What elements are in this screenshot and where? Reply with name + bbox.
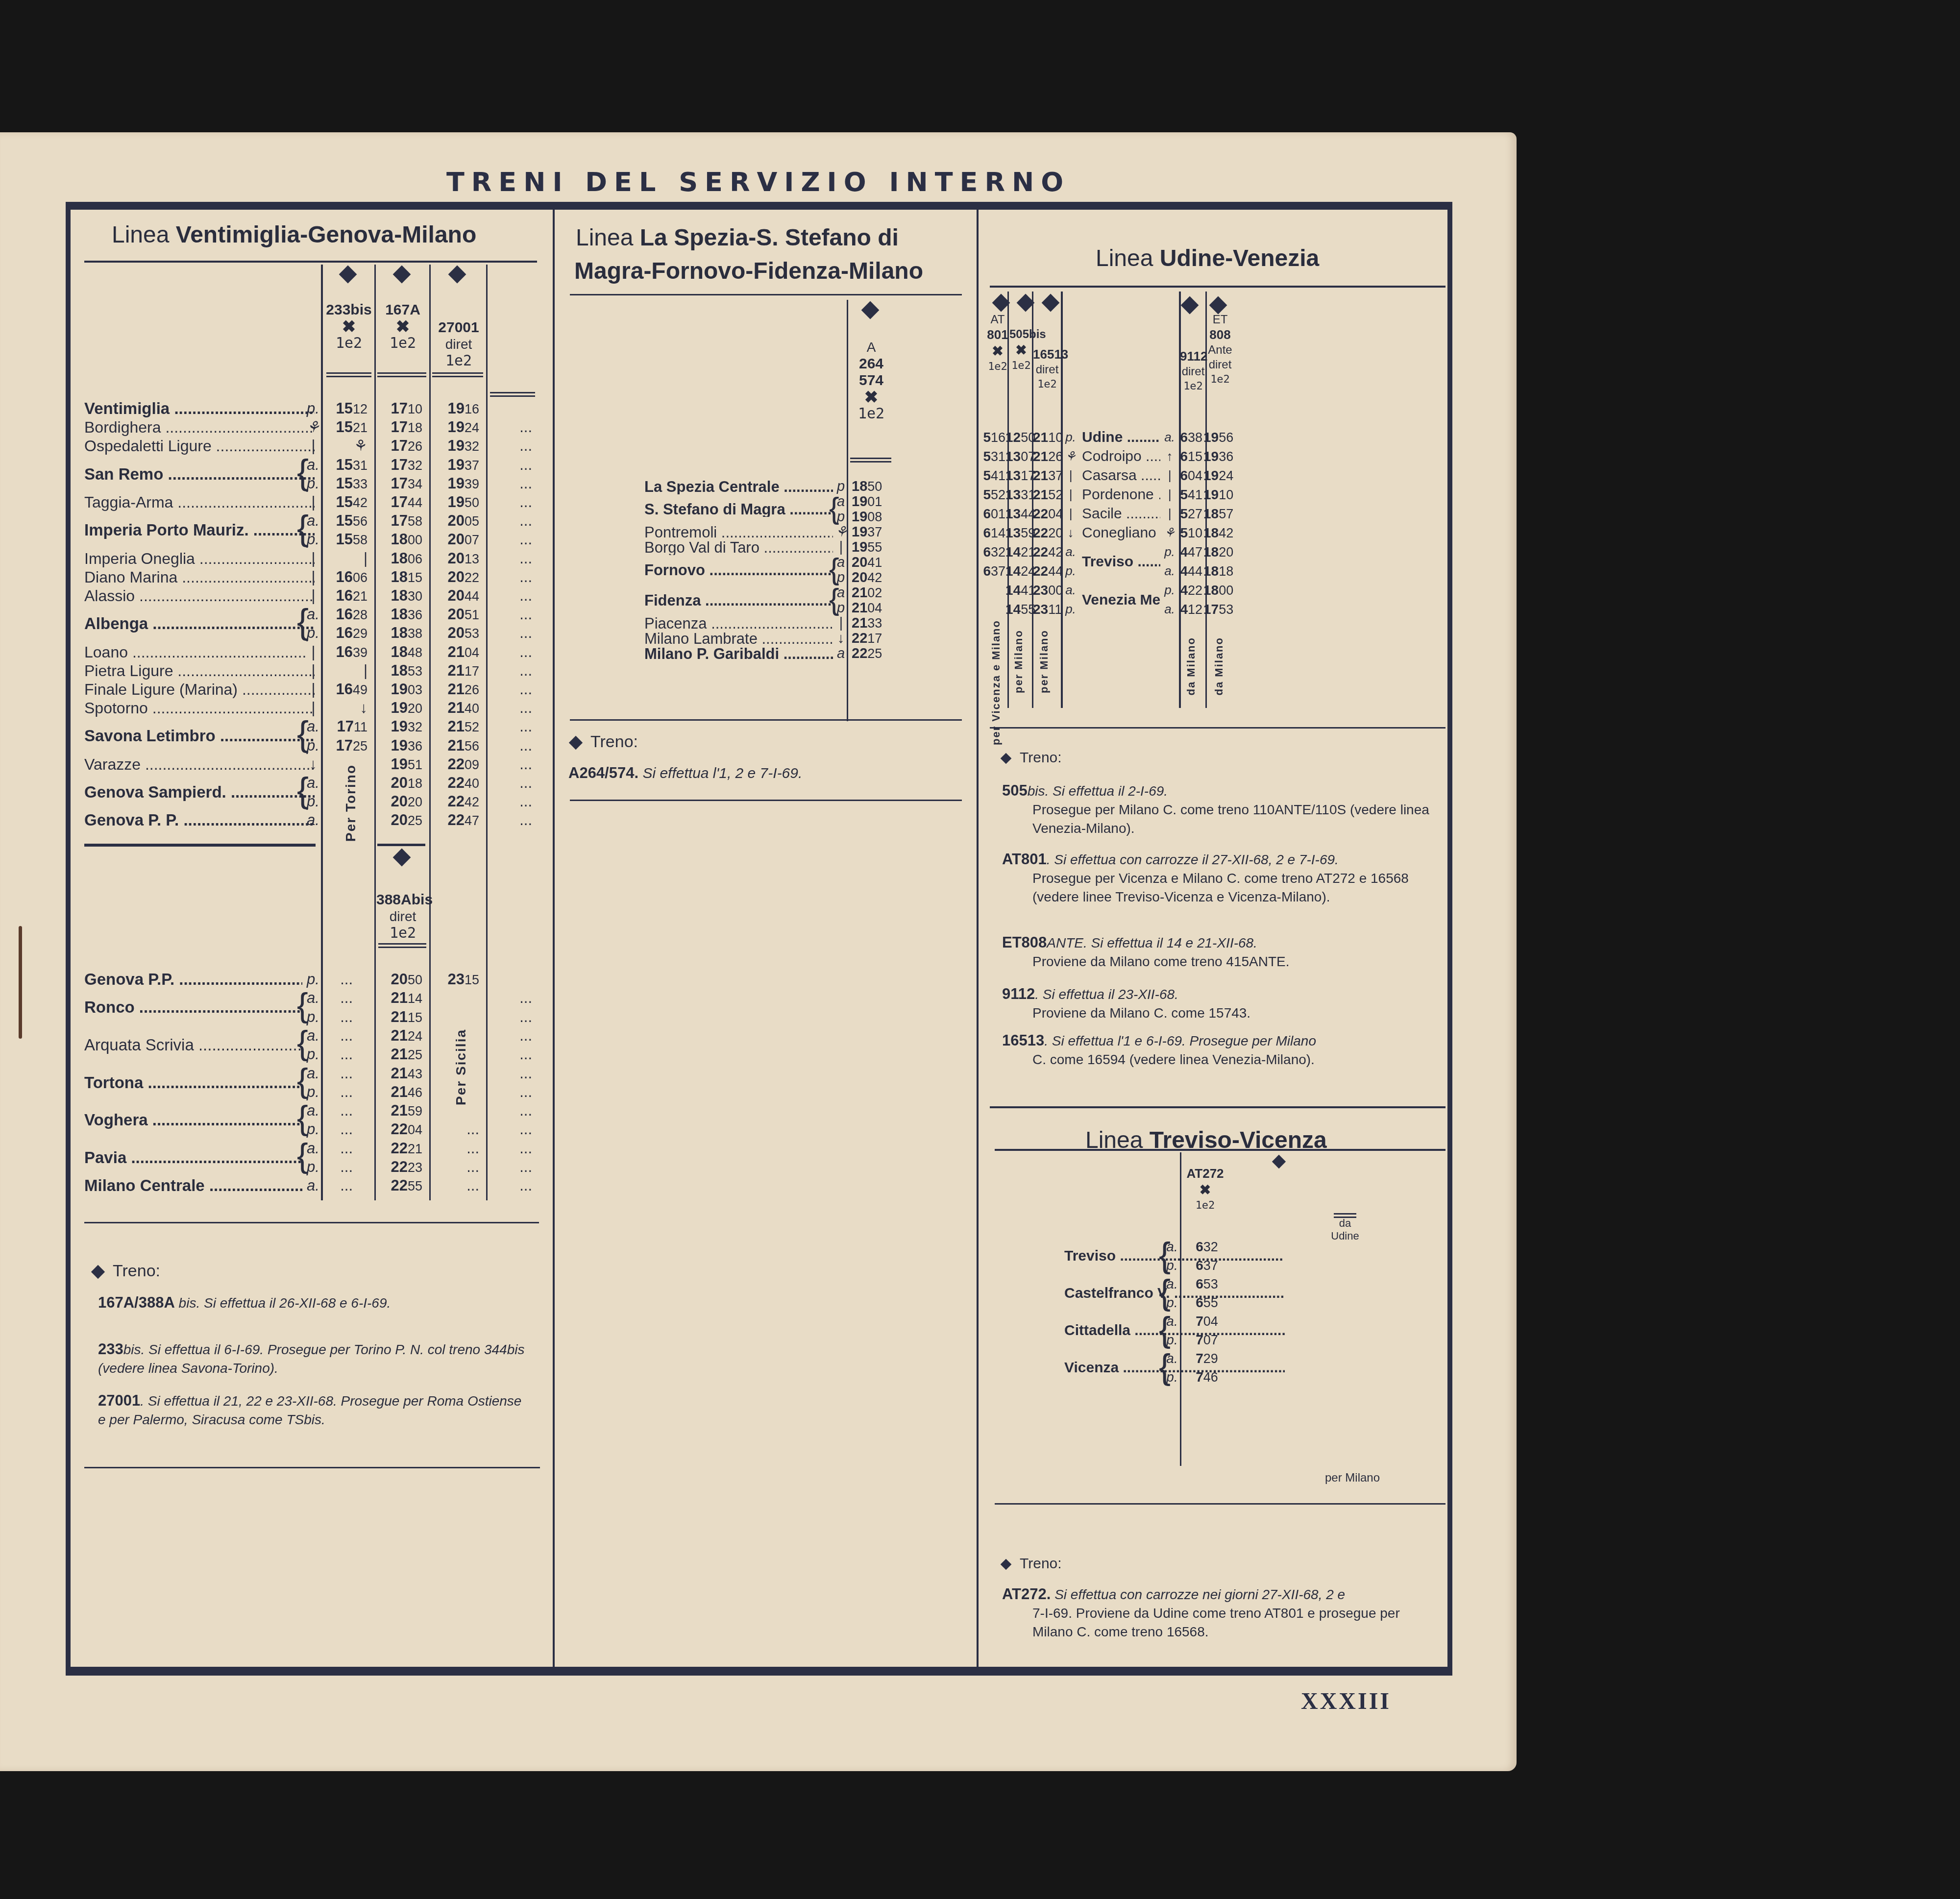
time-cell: 2114 (373, 989, 422, 1008)
crossed-cutlery-icon: ✖ (1009, 342, 1033, 359)
arrival-departure-mark: a. (1162, 561, 1177, 581)
section-title-line2: Magra-Fornovo-Fidenza-Milano (574, 258, 923, 285)
note-suffix: . (1035, 987, 1039, 1002)
time-cell: ... (304, 1045, 353, 1064)
train-header-AT272: AT272 ✖ 1e2 (1182, 1166, 1228, 1213)
notes-heading: Treno: (1002, 750, 1062, 766)
table-row: 54113172137|Casarsa ....................… (0, 466, 1274, 485)
table-row: 63214212242a.Treviso ...................… (0, 542, 1274, 561)
time-cell: 516 (981, 428, 1005, 447)
arrival-departure-mark: p. (1165, 1368, 1179, 1387)
time-cell: ... (483, 1083, 532, 1101)
station-name: Spotorno ...............................… (84, 699, 315, 717)
note: 9112. Si effettua il 23-XII-68.Proviene … (1002, 985, 1443, 1023)
train-header-505bis: 505bis ✖ 1e2 (1009, 327, 1033, 373)
table-row: p.746 (0, 1368, 1421, 1387)
arrival-departure-mark: | (1162, 466, 1177, 485)
time-cell: 2221 (373, 1139, 422, 1158)
arrival-departure-mark: p. (1165, 1293, 1179, 1312)
note-continuation: C. come 16594 (vedere linea Venezia-Mila… (1002, 1050, 1443, 1069)
time-cell: 604 (1177, 466, 1202, 486)
arrival-departure-mark: p. (1165, 1331, 1179, 1349)
station-name: Casarsa .................... (1082, 466, 1160, 485)
destination-label: Per Sicilia (453, 1029, 469, 1105)
time-cell: 2223 (373, 1158, 422, 1177)
table-row: 60113442204|Sacile ....................|… (0, 504, 1274, 523)
train-header-9112: 9112 diret 1e2 (1180, 349, 1206, 394)
time-cell: ... (483, 989, 532, 1007)
note-train-id: AT801 (1002, 851, 1047, 868)
time-cell: ... (483, 661, 532, 680)
time-cell: ... (483, 1045, 532, 1064)
page-number: XXXIII (1301, 1688, 1391, 1715)
time-cell: 614 (981, 523, 1005, 543)
time-cell: 655 (1185, 1293, 1229, 1312)
arrival-departure-mark: ⚘ (1162, 523, 1177, 542)
arrival-departure-mark: | (1162, 504, 1177, 523)
arrival-departure-mark: a (835, 646, 847, 661)
table-row: Cittadella .............................… (0, 1312, 1421, 1331)
note-continuation: Proviene da Milano C. come 15743. (1002, 1004, 1443, 1023)
time-cell: 1317 (1005, 466, 1030, 486)
table-row: Genova P.P. ............................… (0, 970, 539, 989)
time-cell: ... (483, 811, 532, 829)
arrival-departure-mark: | (1063, 466, 1078, 485)
origin-label: da Milano (1213, 637, 1225, 695)
time-cell: 1307 (1005, 447, 1030, 466)
time-cell: 1344 (1005, 504, 1030, 524)
crossed-cutlery-icon: ✖ (376, 318, 429, 335)
time-cell: ... (304, 1083, 353, 1101)
arrival-departure-mark: p. (1165, 1256, 1179, 1275)
arrival-departure-mark: p. (306, 792, 320, 811)
time-cell: 632 (981, 542, 1005, 562)
time-cell: 1800 (1203, 581, 1229, 600)
note-train-id: 27001 (98, 1392, 140, 1409)
table-row: Savona Letimbro ........................… (0, 717, 539, 736)
double-rule (490, 392, 535, 397)
arrival-departure-mark: | (1063, 485, 1078, 504)
time-cell: 2255 (373, 1176, 422, 1195)
table-row: Milano Lambrate ........................… (0, 631, 931, 646)
table-row: Genova P. P. ...........................… (0, 811, 539, 829)
time-cell: 2025 (373, 811, 422, 830)
time-cell: ... (304, 989, 353, 1007)
time-cell: 1725 (318, 736, 367, 755)
table-row: 51612502110p.Udine ....................a… (0, 428, 1274, 447)
station-name: Finale Ligure (Marina) .................… (84, 680, 315, 699)
note: AT272. Si effettua con carrozze nei gior… (1002, 1585, 1443, 1641)
time-cell: 653 (1185, 1275, 1229, 1293)
table-row: 53113072126⚘Codroipo ...................… (0, 447, 1274, 466)
table-row: Pietra Ligure ..........................… (0, 661, 539, 680)
time-cell: 2143 (373, 1064, 422, 1083)
time-cell: 2209 (430, 755, 479, 774)
double-rule (377, 372, 426, 377)
time-cell: ... (483, 1139, 532, 1158)
crossed-cutlery-icon: ✖ (987, 343, 1008, 360)
divider (377, 844, 425, 846)
note-suffix: ANTE. (1047, 935, 1087, 950)
table-row: p.655 (0, 1293, 1421, 1312)
time-cell: ... (430, 1158, 479, 1176)
table-row: Milano Centrale ........................… (0, 1176, 539, 1195)
destination-label: per Milano (1038, 630, 1051, 693)
time-cell: ... (483, 736, 532, 755)
divider (84, 261, 537, 263)
table-row: p.172519362156... (0, 736, 539, 755)
time-cell: 2220 (1033, 523, 1057, 543)
time-cell: 2204 (373, 1120, 422, 1139)
time-cell: 1857 (1203, 504, 1229, 524)
divider (84, 1222, 539, 1223)
time-cell: 1936 (1203, 447, 1229, 466)
time-cell: 2311 (1033, 600, 1057, 619)
note-suffix: . (1047, 852, 1051, 867)
table-row: Genova Sampierd. .......................… (0, 774, 539, 792)
time-cell: 1916 (430, 399, 479, 418)
time-cell: 527 (1177, 504, 1202, 524)
time-cell: 2225 (852, 646, 892, 661)
time-cell: 2124 (373, 1026, 422, 1046)
time-cell: ... (483, 1158, 532, 1176)
note-train-id: 9112 (1002, 985, 1035, 1002)
note: 27001. Si effettua il 21, 22 e 23-XII-68… (98, 1391, 529, 1429)
time-cell: 541 (1177, 485, 1202, 505)
time-cell: 637 (1185, 1256, 1229, 1275)
arrival-departure-mark: a. (306, 811, 320, 829)
note-continuation: Prosegue per Milano C. come treno 110ANT… (1002, 801, 1443, 838)
divider (990, 286, 1445, 288)
note-suffix: . (1044, 1033, 1048, 1048)
note-text: Si effettua il 23-XII-68. (1043, 987, 1178, 1002)
station-name: Pietra Ligure ..........................… (84, 661, 315, 680)
divider (995, 1149, 1445, 1151)
time-cell: ... (430, 1120, 479, 1139)
table-row: 14552311p.a.4121753 (0, 600, 1274, 619)
divider (995, 1503, 1445, 1505)
time-cell: 2204 (1033, 504, 1057, 524)
time-cell: 704 (1185, 1312, 1229, 1331)
destination-label: Per Torino (343, 764, 359, 842)
time-cell: 707 (1185, 1331, 1229, 1349)
origin-label: da Milano (1185, 637, 1198, 695)
table-row: Finale Ligure (Marina) .................… (0, 680, 539, 699)
note-text: Si effettua il 2-I-69. (1053, 783, 1168, 799)
arrival-departure-mark: a. (306, 774, 320, 792)
arrival-departure-mark: a. (1165, 1275, 1179, 1293)
note: A264/574. Si effettua l'1, 2 e 7-I-69. (568, 763, 960, 783)
time-cell: 2244 (1033, 561, 1057, 581)
time-cell: 531 (981, 447, 1005, 466)
time-cell: 1250 (1005, 428, 1030, 447)
time-cell: 2152 (1033, 485, 1057, 505)
time-cell: 2300 (1033, 581, 1057, 600)
destination-label: per Milano (1012, 630, 1025, 693)
table-row: Milano P. Garibaldi ....................… (0, 646, 931, 661)
time-cell: 1710 (373, 399, 422, 418)
table-row: 63714242244p.a.4441818 (0, 561, 1274, 581)
time-cell: 1649 (318, 680, 367, 699)
time-cell: 1424 (1005, 561, 1030, 581)
arrival-departure-mark: p. (1162, 581, 1177, 600)
table-row: Ronco ..................................… (0, 989, 539, 1007)
note: 16513. Si effettua l'1 e 6-I-69. Prosegu… (1002, 1031, 1443, 1069)
time-cell: 2315 (430, 970, 479, 989)
train-header-ET808: ET 808 Ante diret 1e2 (1206, 313, 1234, 387)
arrival-departure-mark: a. (1165, 1312, 1179, 1331)
station-name: Ventimiglia ............................… (84, 399, 315, 418)
time-cell: 2117 (430, 661, 479, 681)
note-continuation: Prosegue per Vicenza e Milano C. come tr… (1002, 869, 1443, 906)
table-row: 14412300a.Venezia Mestre ...............… (0, 581, 1274, 600)
table-row: Spotorno ...............................… (0, 699, 539, 717)
note-train-id: 505 (1002, 782, 1028, 799)
notes-heading: Treno: (571, 732, 638, 752)
time-cell: 2242 (1033, 542, 1057, 562)
time-cell: 2156 (430, 736, 479, 755)
time-cell: 2242 (430, 792, 479, 811)
crossed-cutlery-icon: ✖ (1182, 1182, 1228, 1198)
time-cell: 2240 (430, 774, 479, 793)
table-row: Treviso ................................… (0, 1238, 1421, 1256)
time-cell: ... (483, 680, 532, 699)
train-header-233bis: 233bis ✖ 1e2 (323, 302, 374, 352)
note-text: Si effettua l'1 e 6-I-69. Prosegue per M… (1052, 1033, 1316, 1048)
time-cell: 2159 (373, 1101, 422, 1120)
time-cell: 1956 (1203, 428, 1229, 447)
time-cell: ... (304, 1139, 353, 1158)
arrival-departure-mark: p. (1063, 561, 1078, 581)
time-cell: ... (483, 1176, 532, 1195)
arrival-departure-mark: ⚘ (1063, 447, 1078, 466)
time-cell: 444 (1177, 561, 1202, 581)
time-cell: 1455 (1005, 600, 1030, 619)
time-cell: 2126 (430, 680, 479, 699)
time-cell: ↓ (318, 699, 367, 717)
time-cell: 1331 (1005, 485, 1030, 505)
time-cell: 1951 (373, 755, 422, 774)
time-cell: ... (304, 1026, 353, 1045)
arrival-departure-mark: a. (1165, 1238, 1179, 1256)
time-cell: 2140 (430, 699, 479, 718)
table-row: Varazze ................................… (0, 755, 539, 774)
time-cell: 1936 (373, 736, 422, 755)
note-text: Si effettua con carrozze il 27-XII-68, 2… (1054, 852, 1339, 867)
table-row: 55213312152|Pordenone ..................… (0, 485, 1274, 504)
time-cell: 1441 (1005, 581, 1030, 600)
time-cell: 601 (981, 504, 1005, 524)
station-name: Milano Centrale ........................… (84, 1176, 302, 1195)
time-cell: ... (483, 1064, 532, 1083)
table-row: Pavia ..................................… (0, 1139, 539, 1158)
time-cell: 1910 (1203, 485, 1229, 505)
time-cell: 2126 (1033, 447, 1057, 466)
time-cell: 2110 (1033, 428, 1057, 447)
station-name: Conegliano .................... (1082, 523, 1160, 542)
station-name: Milano Lambrate ........................… (644, 631, 833, 646)
diamond-icon (569, 736, 583, 750)
train-header-27001: 27001 diret 1e2 (431, 319, 486, 369)
time-cell: 2247 (430, 811, 479, 830)
time-cell: 638 (1177, 428, 1202, 447)
station-name: Udine .................... (1082, 428, 1160, 447)
arrival-departure-mark: p. (1063, 428, 1078, 447)
time-cell: ... (483, 1008, 532, 1026)
destination-label: per Milano (1313, 1470, 1392, 1486)
note-train-id: ET808 (1002, 934, 1047, 951)
double-rule (432, 372, 483, 377)
time-cell: ... (304, 1064, 353, 1083)
time-cell: ... (483, 755, 532, 774)
divider (570, 800, 962, 801)
section-title: Linea La Spezia-S. Stefano di (576, 224, 899, 251)
train-header-388Abis: 388Abis diret 1e2 (376, 892, 429, 942)
time-cell: ... (483, 774, 532, 792)
table-row: p.20202242... (0, 792, 539, 811)
arrival-departure-mark: ↓ (835, 631, 847, 646)
station-name: Codroipo .................... (1082, 447, 1160, 466)
time-cell: ... (483, 792, 532, 811)
arrival-departure-mark: a. (1162, 428, 1177, 447)
arrival-departure-mark: | (1063, 504, 1078, 523)
time-cell: 510 (1177, 523, 1202, 543)
time-cell: 1903 (373, 680, 422, 699)
time-cell: 729 (1185, 1349, 1229, 1368)
time-cell: 1512 (318, 399, 367, 418)
station-name: Milano P. Garibaldi ....................… (644, 646, 833, 661)
table-row: Castelfranco V. ........................… (0, 1275, 1421, 1293)
train-header-167A: 167A ✖ 1e2 (376, 302, 429, 352)
arrival-departure-mark: a. (1063, 581, 1078, 600)
divider (570, 294, 962, 295)
time-cell: 1753 (1203, 600, 1229, 619)
time-cell: 1932 (373, 717, 422, 736)
arrival-departure-mark: ↑ (1162, 447, 1177, 466)
notes-heading: Treno: (1002, 1556, 1062, 1572)
page-title: TRENI DEL SERVIZIO INTERNO (0, 167, 1517, 197)
station-name: Pordenone .................... (1082, 485, 1160, 504)
time-cell: 1924 (1203, 466, 1229, 486)
time-cell: 746 (1185, 1368, 1229, 1387)
station-name: Genova P. P. ...........................… (84, 811, 315, 829)
time-cell: ... (483, 1120, 532, 1139)
time-cell: 2217 (852, 631, 892, 646)
time-cell: 1920 (373, 699, 422, 718)
note-text: Si effettua il 14 e 21-XII-68. (1091, 935, 1257, 950)
divider (990, 1106, 1445, 1108)
time-cell: 1853 (373, 661, 422, 681)
table-row: p....2223...... (0, 1158, 539, 1176)
section-title: Linea Ventimiglia-Genova-Milano (112, 221, 476, 248)
table-row: 61413592220↓Conegliano .................… (0, 523, 1274, 542)
time-cell: 422 (1177, 581, 1202, 600)
time-cell: ... (304, 1176, 353, 1195)
time-cell: 541 (981, 466, 1005, 486)
time-cell: ... (483, 717, 532, 736)
table-row: p.707 (0, 1331, 1421, 1349)
note-text: Si effettua il 21, 22 e 23-XII-68. Prose… (98, 1393, 521, 1427)
time-cell: 2125 (373, 1045, 422, 1064)
station-name: Sacile .................... (1082, 504, 1160, 523)
table-row: Vicenza ................................… (0, 1349, 1421, 1368)
time-cell: 1820 (1203, 542, 1229, 562)
time-cell: ... (304, 1008, 353, 1026)
time-cell: 2115 (373, 1008, 422, 1027)
table-row: p.637 (0, 1256, 1421, 1275)
time-cell: | (318, 661, 367, 680)
time-cell: 1421 (1005, 542, 1030, 562)
time-cell: 2152 (430, 717, 479, 736)
crossed-cutlery-icon: ✖ (323, 318, 374, 335)
arrival-departure-mark: a. (1165, 1349, 1179, 1368)
note-train-id: 16513 (1002, 1032, 1044, 1049)
time-cell: 1842 (1203, 523, 1229, 543)
double-rule (378, 943, 426, 948)
time-cell: 632 (1185, 1238, 1229, 1256)
note-suffix: bis. (1028, 783, 1049, 799)
time-cell: 637 (981, 561, 1005, 581)
table-row: Ventimiglia ............................… (0, 399, 539, 418)
arrival-departure-mark: a. (1063, 542, 1078, 561)
time-cell: 2018 (373, 774, 422, 793)
diamond-icon (1001, 753, 1012, 764)
time-cell: ... (483, 1101, 532, 1120)
train-header-AT801: AT 801 ✖ 1e2 (987, 313, 1008, 374)
time-cell: 1711 (318, 717, 367, 736)
crossed-cutlery-icon: ✖ (848, 389, 895, 406)
time-cell: ... (304, 1101, 353, 1120)
time-cell: 2020 (373, 792, 422, 811)
note-continuation: Proviene da Milano come treno 415ANTE. (1002, 952, 1443, 971)
section-title: Linea Udine-Venezia (1096, 245, 1319, 272)
divider (570, 719, 962, 721)
destination-label: per Vicenza e Milano (990, 620, 1003, 745)
time-cell: ... (304, 1158, 353, 1176)
time-cell: 1818 (1203, 561, 1229, 581)
arrival-departure-mark: a. (1162, 600, 1177, 619)
time-cell: 552 (981, 485, 1005, 505)
note-suffix: . (140, 1393, 144, 1409)
time-cell: 447 (1177, 542, 1202, 562)
time-cell: ... (430, 1139, 479, 1158)
arrival-departure-mark: p. (1063, 600, 1078, 619)
divider (990, 727, 1445, 729)
time-cell: ... (304, 970, 353, 989)
station-name: Genova P.P. ............................… (84, 970, 302, 989)
divider (84, 1467, 540, 1468)
train-header-A264-574: A 264 574 ✖ 1e2 (848, 339, 895, 422)
train-header-16513: 16513 diret 1e2 (1033, 347, 1061, 392)
note: ET808ANTE. Si effettua il 14 e 21-XII-68… (1002, 933, 1443, 971)
time-cell: ... (430, 1176, 479, 1195)
time-cell: ... (483, 1026, 532, 1045)
time-cell: 2050 (373, 970, 422, 989)
station-name: Varazze ................................… (84, 755, 315, 774)
divider (84, 844, 316, 847)
arrival-departure-mark: p. (1162, 542, 1177, 561)
table-row: p....2204...... (0, 1120, 539, 1139)
table-row: p....2115... (0, 1008, 539, 1026)
note: AT801. Si effettua con carrozze il 27-XI… (1002, 850, 1443, 906)
time-cell: 2137 (1033, 466, 1057, 486)
time-cell: 615 (1177, 447, 1202, 466)
double-rule (326, 372, 371, 377)
time-cell: ... (304, 1120, 353, 1139)
time-cell: ... (483, 699, 532, 717)
arrival-departure-mark: | (1162, 485, 1177, 504)
time-cell: 412 (1177, 600, 1202, 619)
